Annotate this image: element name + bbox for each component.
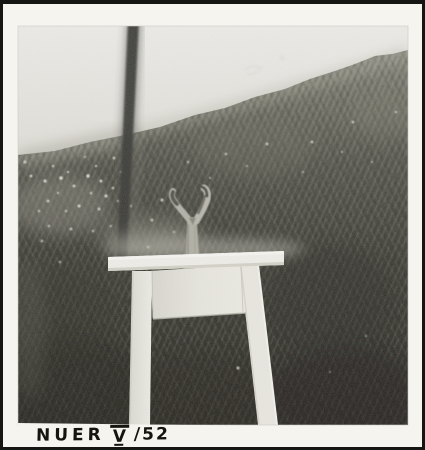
handwritten-caption: NUERV/52	[36, 423, 170, 446]
caption-roman-numeral: V	[110, 425, 130, 445]
film-grain	[18, 26, 408, 425]
caption-prefix: NUER	[36, 426, 105, 444]
caption-number: /52	[134, 426, 170, 443]
photograph	[0, 0, 425, 450]
photo-image-area	[0, 20, 420, 445]
photo-print-scan: NUERV/52	[0, 0, 425, 450]
